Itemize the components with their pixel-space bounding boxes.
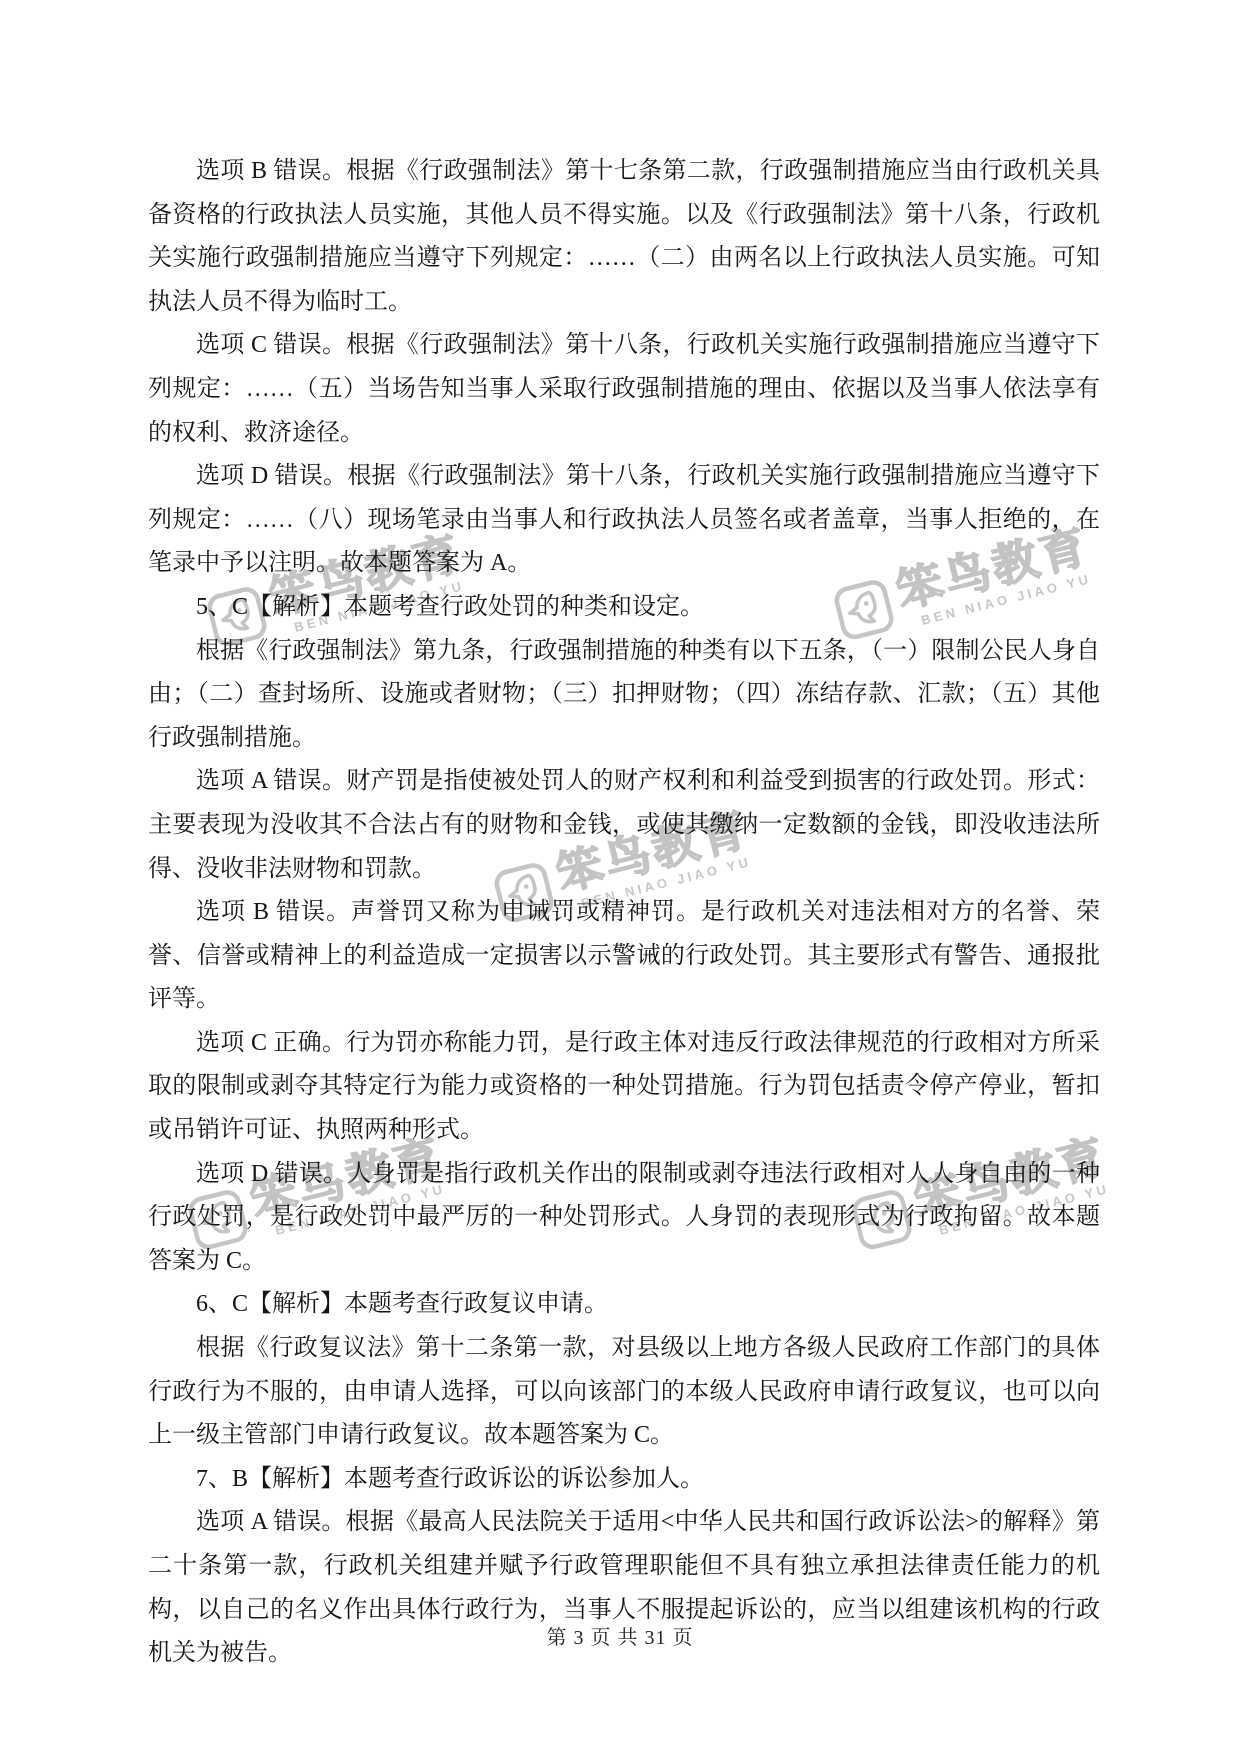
paragraph-option-b-q4: 选项 B 错误。根据《行政强制法》第十七条第二款，行政强制措施应当由行政机关具备…	[148, 150, 1100, 324]
paragraph-law-article-9: 根据《行政强制法》第九条，行政强制措施的种类有以下五条，（一）限制公民人身自由；…	[148, 630, 1100, 761]
paragraph-option-b-q5: 选项 B 错误。声誉罚又称为申诫罚或精神罚。是行政机关对违法相对方的名誉、荣誉、…	[148, 891, 1100, 1022]
document-page: 笨鸟教育 BEN NIAO JIAO YU 笨鸟教育 BEN NIAO JIAO…	[0, 0, 1240, 1754]
paragraph-option-a-q5: 选项 A 错误。财产罚是指使被处罚人的财产权利和利益受到损害的行政处罚。形式：主…	[148, 760, 1100, 891]
paragraph-option-c-q4: 选项 C 错误。根据《行政强制法》第十八条，行政机关实施行政强制措施应当遵守下列…	[148, 324, 1100, 455]
paragraph-option-c-q5: 选项 C 正确。行为罚亦称能力罚，是行政主体对违反行政法律规范的行政相对方所采取…	[148, 1022, 1100, 1153]
document-body: 选项 B 错误。根据《行政强制法》第十七条第二款，行政强制措施应当由行政机关具备…	[148, 150, 1100, 1676]
paragraph-answer-7-heading: 7、B【解析】本题考查行政诉讼的诉讼参加人。	[148, 1458, 1100, 1502]
paragraph-law-review-article-12: 根据《行政复议法》第十二条第一款，对县级以上地方各级人民政府工作部门的具体行政行…	[148, 1327, 1100, 1458]
paragraph-option-d-q4: 选项 D 错误。根据《行政强制法》第十八条，行政机关实施行政强制措施应当遵守下列…	[148, 455, 1100, 586]
page-footer: 第 3 页 共 31 页	[0, 1621, 1240, 1650]
paragraph-answer-5-heading: 5、C【解析】本题考查行政处罚的种类和设定。	[148, 586, 1100, 630]
page-number: 第 3 页 共 31 页	[547, 1627, 694, 1649]
paragraph-answer-6-heading: 6、C【解析】本题考查行政复议申请。	[148, 1283, 1100, 1327]
paragraph-option-d-q5: 选项 D 错误。人身罚是指行政机关作出的限制或剥夺违法行政相对人人身自由的一种行…	[148, 1153, 1100, 1284]
